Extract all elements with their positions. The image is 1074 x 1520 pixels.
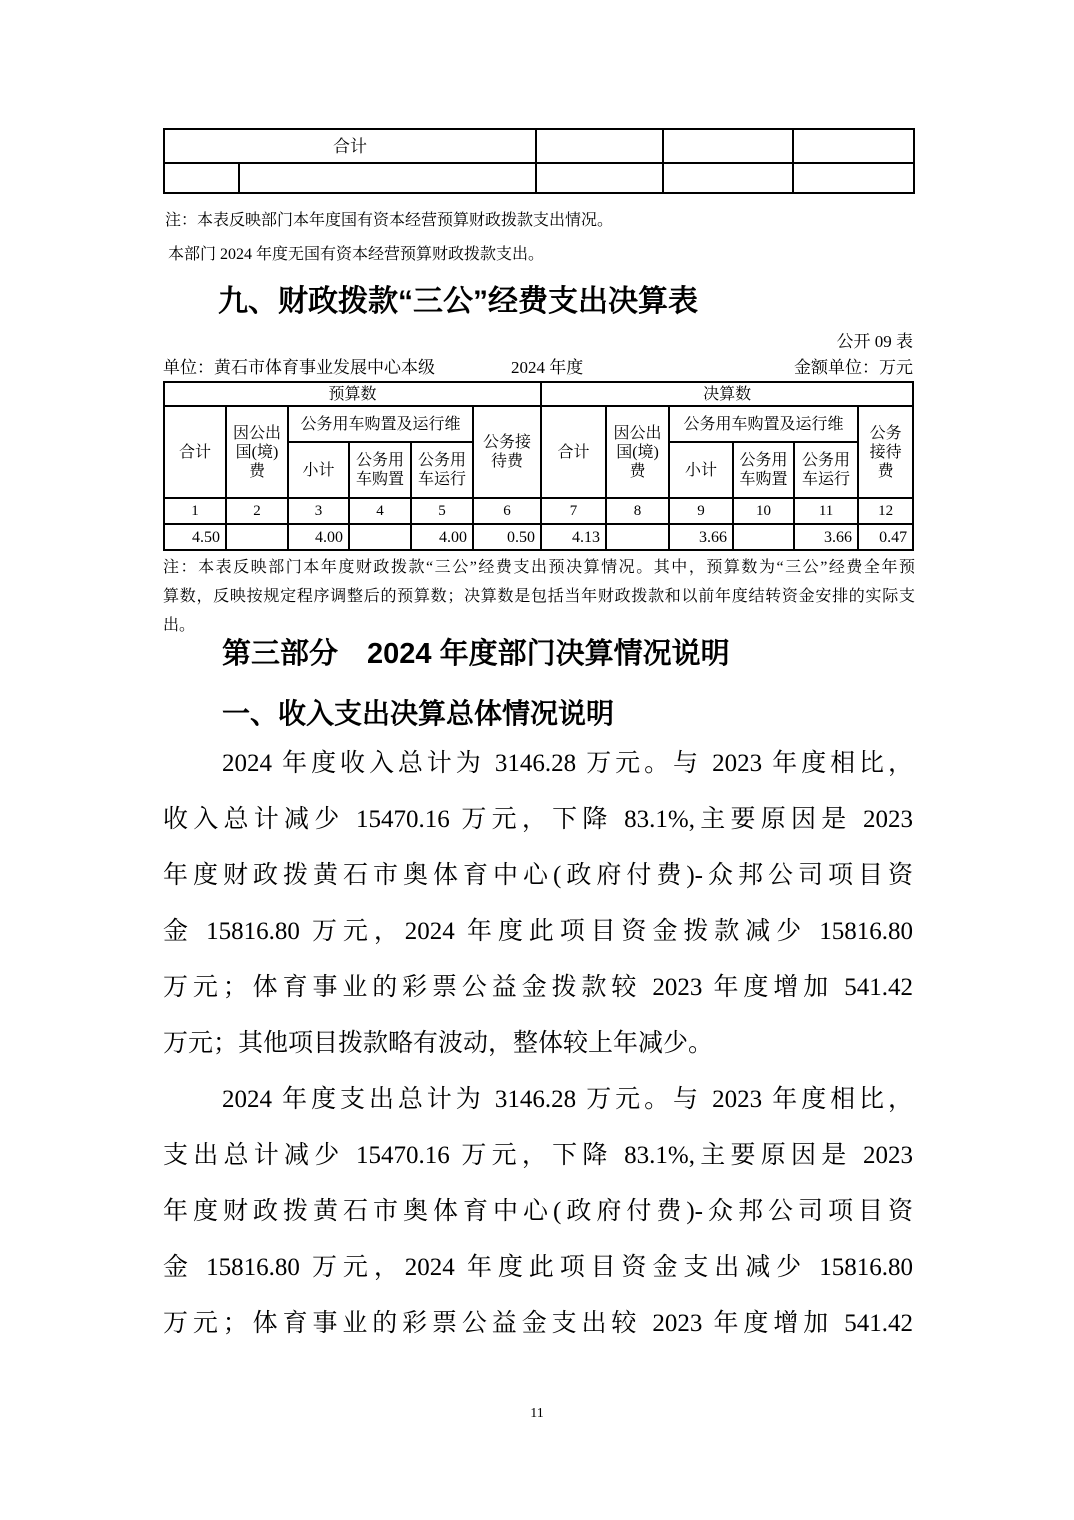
final-total-header: 合计 xyxy=(541,406,606,498)
carryover-table-note: 注：本表反映部门本年度国有资本经营预算财政拨款支出情况。 xyxy=(165,211,613,230)
page-number: 11 xyxy=(0,1406,1074,1422)
paragraph-line: 2024 年度支出总计为 3146.28 万元。与 2023 年度相比， xyxy=(163,1072,913,1128)
fiscal-year-label: 2024 年度 xyxy=(511,353,583,378)
note-line: 算数，反映按规定程序调整后的预算数；决算数是包括当年财政拨款和以前年度结转资金安… xyxy=(163,582,915,611)
final-reception-header: 公务 接待 费 xyxy=(858,406,913,498)
budget-operation-header: 公务用 车运行 xyxy=(411,442,473,498)
value-row: 4.50 4.00 4.00 0.50 4.13 3.66 3.66 0.47 xyxy=(164,524,913,550)
value-cell: 4.13 xyxy=(541,524,606,550)
col-number: 8 xyxy=(606,498,669,524)
col-number: 4 xyxy=(349,498,411,524)
empty-cell xyxy=(164,163,239,193)
col-number: 11 xyxy=(794,498,858,524)
sangong-expense-table: 预算数 决算数 合计 因公出 国(境) 费 公务用车购置及运行维 公务接 待费 … xyxy=(163,381,914,551)
document-page: 合计 注：本表反映部门本年度国有资本经营预算财政拨款支出情况。 本部门 2024… xyxy=(0,0,1074,1520)
final-group-header: 决算数 xyxy=(541,382,913,406)
value-cell: 0.47 xyxy=(858,524,913,550)
paragraph-line: 年度财政拨黄石市奥体育中心(政府付费)-众邦公司项目资 xyxy=(163,848,913,904)
paragraph-line: 万元；体育事业的彩票公益金支出较 2023 年度增加 541.42 xyxy=(163,1296,913,1352)
paragraph-line: 收入总计减少 15470.16 万元，下降 83.1%,主要原因是 2023 xyxy=(163,792,913,848)
expenditure-paragraph: 2024 年度支出总计为 3146.28 万元。与 2023 年度相比， 支出总… xyxy=(163,1072,913,1352)
value-cell: 4.00 xyxy=(288,524,349,550)
col-number: 6 xyxy=(473,498,541,524)
value-cell xyxy=(349,524,411,550)
empty-cell xyxy=(536,129,663,163)
empty-cell xyxy=(663,129,793,163)
final-subtotal-header: 小计 xyxy=(669,442,733,498)
note-line: 出。 xyxy=(163,611,915,640)
final-abroad-header: 因公出 国(境) 费 xyxy=(606,406,669,498)
paragraph-line: 万元；其他项目拨款略有波动，整体较上年减少。 xyxy=(163,1016,913,1072)
col-number: 7 xyxy=(541,498,606,524)
paragraph-line: 支出总计减少 15470.16 万元，下降 83.1%,主要原因是 2023 xyxy=(163,1128,913,1184)
budget-reception-header: 公务接 待费 xyxy=(473,406,541,498)
budget-subtotal-header: 小计 xyxy=(288,442,349,498)
value-cell: 0.50 xyxy=(473,524,541,550)
paragraph-line: 金 15816.80 万元，2024 年度此项目资金支出减少 15816.80 xyxy=(163,1240,913,1296)
section1-heading: 一、收入支出决算总体情况说明 xyxy=(222,697,614,731)
value-cell xyxy=(226,524,288,550)
amount-unit-label: 金额单位：万元 xyxy=(794,353,913,378)
value-cell xyxy=(733,524,794,550)
no-expenditure-note: 本部门 2024 年度无国有资本经营预算财政拨款支出。 xyxy=(168,245,544,264)
budget-total-header: 合计 xyxy=(164,406,226,498)
col-number: 1 xyxy=(164,498,226,524)
paragraph-line: 年度财政拨黄石市奥体育中心(政府付费)-众邦公司项目资 xyxy=(163,1184,913,1240)
col-number: 10 xyxy=(733,498,794,524)
value-cell: 3.66 xyxy=(794,524,858,550)
col-number: 9 xyxy=(669,498,733,524)
part3-heading: 第三部分 2024 年度部门决算情况说明 xyxy=(222,637,730,671)
empty-cell xyxy=(536,163,663,193)
empty-cell xyxy=(663,163,793,193)
income-paragraph: 2024 年度收入总计为 3146.28 万元。与 2023 年度相比， 收入总… xyxy=(163,736,913,1072)
paragraph-line: 2024 年度收入总计为 3146.28 万元。与 2023 年度相比， xyxy=(163,736,913,792)
budget-purchase-header: 公务用 车购置 xyxy=(349,442,411,498)
note-line: 注：本表反映部门本年度财政拨款“三公”经费支出预决算情况。其中，预算数为“三公”… xyxy=(163,553,915,582)
section9-title: 九、财政拨款“三公”经费支出决算表 xyxy=(218,284,698,320)
budget-vehicle-group-header: 公务用车购置及运行维 xyxy=(288,406,473,442)
column-number-row: 1 2 3 4 5 6 7 8 9 10 11 12 xyxy=(164,498,913,524)
carryover-table: 合计 xyxy=(163,128,915,194)
value-cell: 4.00 xyxy=(411,524,473,550)
table-meta-row: 单位：黄石市体育事业发展中心本级 2024 年度 金额单位：万元 xyxy=(163,353,913,375)
final-vehicle-group-header: 公务用车购置及运行维 xyxy=(669,406,858,442)
budget-abroad-header: 因公出 国(境) 费 xyxy=(226,406,288,498)
paragraph-line: 万元；体育事业的彩票公益金拨款较 2023 年度增加 541.42 xyxy=(163,960,913,1016)
value-cell xyxy=(606,524,669,550)
empty-cell xyxy=(793,129,914,163)
final-purchase-header: 公务用 车购置 xyxy=(733,442,794,498)
unit-label: 单位：黄石市体育事业发展中心本级 xyxy=(163,353,435,378)
col-number: 2 xyxy=(226,498,288,524)
public-table-code: 公开 09 表 xyxy=(663,327,913,352)
empty-cell xyxy=(793,163,914,193)
value-cell: 4.50 xyxy=(164,524,226,550)
sangong-table-note: 注：本表反映部门本年度财政拨款“三公”经费支出预决算情况。其中，预算数为“三公”… xyxy=(163,553,915,640)
col-number: 3 xyxy=(288,498,349,524)
value-cell: 3.66 xyxy=(669,524,733,550)
carryover-total-label: 合计 xyxy=(164,129,536,163)
final-operation-header: 公务用 车运行 xyxy=(794,442,858,498)
budget-group-header: 预算数 xyxy=(164,382,541,406)
paragraph-line: 金 15816.80 万元，2024 年度此项目资金拨款减少 15816.80 xyxy=(163,904,913,960)
empty-cell xyxy=(239,163,536,193)
col-number: 5 xyxy=(411,498,473,524)
col-number: 12 xyxy=(858,498,913,524)
